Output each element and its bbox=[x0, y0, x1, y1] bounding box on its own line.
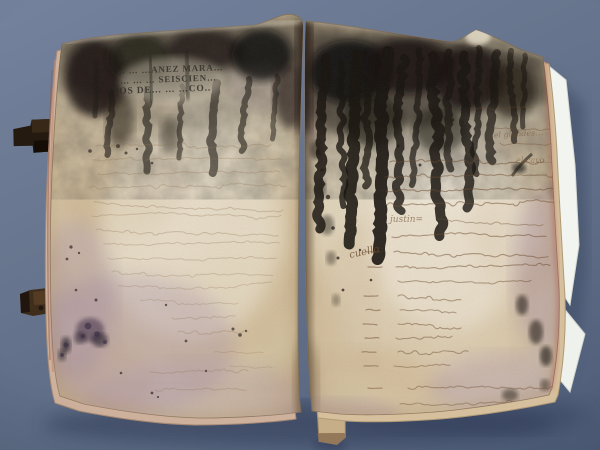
manuscript-photo: … … …ANEZ MARA… … … … SEISCIEN… TOS DE… … bbox=[0, 0, 600, 450]
photo-grain bbox=[40, 10, 580, 440]
photo-of-manuscript: … … …ANEZ MARA… … … … SEISCIEN… TOS DE… … bbox=[0, 0, 600, 450]
